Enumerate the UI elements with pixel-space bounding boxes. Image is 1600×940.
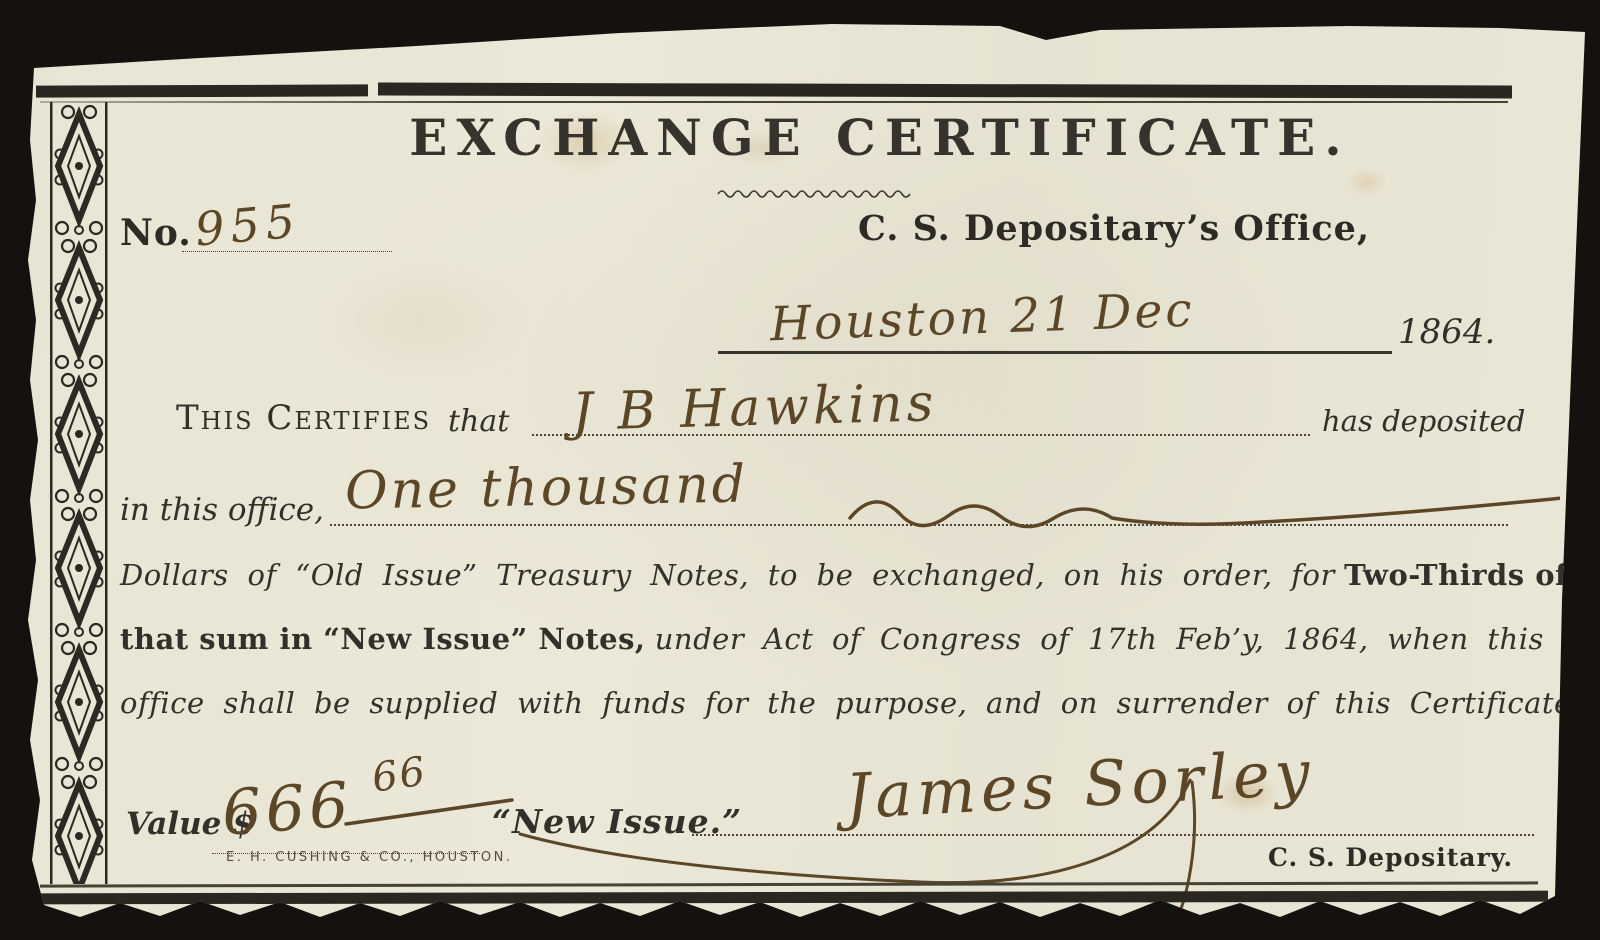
printer-imprint: E. H. CUSHING & CO., HOUSTON. <box>226 850 512 865</box>
title-flourish-squiggle <box>714 182 924 202</box>
office-heading: C. S. Depositary’s Office, <box>858 208 1370 249</box>
body-line3-script: office shall be supplied with funds for … <box>120 686 1581 720</box>
body-line1-bold: Two-Thirds of <box>1344 558 1568 592</box>
amount-handwritten: One thousand <box>345 454 749 521</box>
depositor-name-handwritten: J B Hawkins <box>571 373 938 443</box>
top-rule-thin <box>40 101 1508 103</box>
certificate-paper: EXCHANGE CERTIFICATE. No. 955 C. S. Depo… <box>0 0 1600 940</box>
value-amount-handwritten: 666 <box>220 768 355 850</box>
year-printed: 1864. <box>1398 312 1495 352</box>
body-line-3: office shall be supplied with funds for … <box>120 686 1581 720</box>
certifies-label: This Certifies <box>176 398 431 438</box>
date-underline <box>718 351 1392 354</box>
top-rule-right-segment <box>378 83 1512 99</box>
ornamental-border <box>48 102 110 884</box>
scan-background: EXCHANGE CERTIFICATE. No. 955 C. S. Depo… <box>0 0 1600 940</box>
deposited-suffix: has deposited <box>1322 404 1525 438</box>
signer-title: C. S. Depositary. <box>1268 843 1513 872</box>
place-date-handwritten: Houston 21 Dec <box>769 283 1195 353</box>
signature-flourish <box>500 770 1220 935</box>
certifies-that: that <box>448 404 509 439</box>
top-rule-left-segment <box>36 84 368 97</box>
bottom-rule-thick <box>36 891 1548 905</box>
office-line-label: in this office, <box>120 492 324 528</box>
amount-flourish <box>840 478 1560 538</box>
body-line-2: that sum in “New Issue” Notes, under Act… <box>120 622 1544 656</box>
body-line2-script: under Act of Congress of 17th Feb’y, 186… <box>655 622 1544 656</box>
certificate-title: EXCHANGE CERTIFICATE. <box>380 108 1380 167</box>
number-value-handwritten: 955 <box>193 193 303 256</box>
body-line-1: Dollars of “Old Issue” Treasury Notes, t… <box>120 558 1568 592</box>
body-line1-script: Dollars of “Old Issue” Treasury Notes, t… <box>120 558 1335 592</box>
body-line2-bold: that sum in “New Issue” Notes, <box>120 622 646 656</box>
